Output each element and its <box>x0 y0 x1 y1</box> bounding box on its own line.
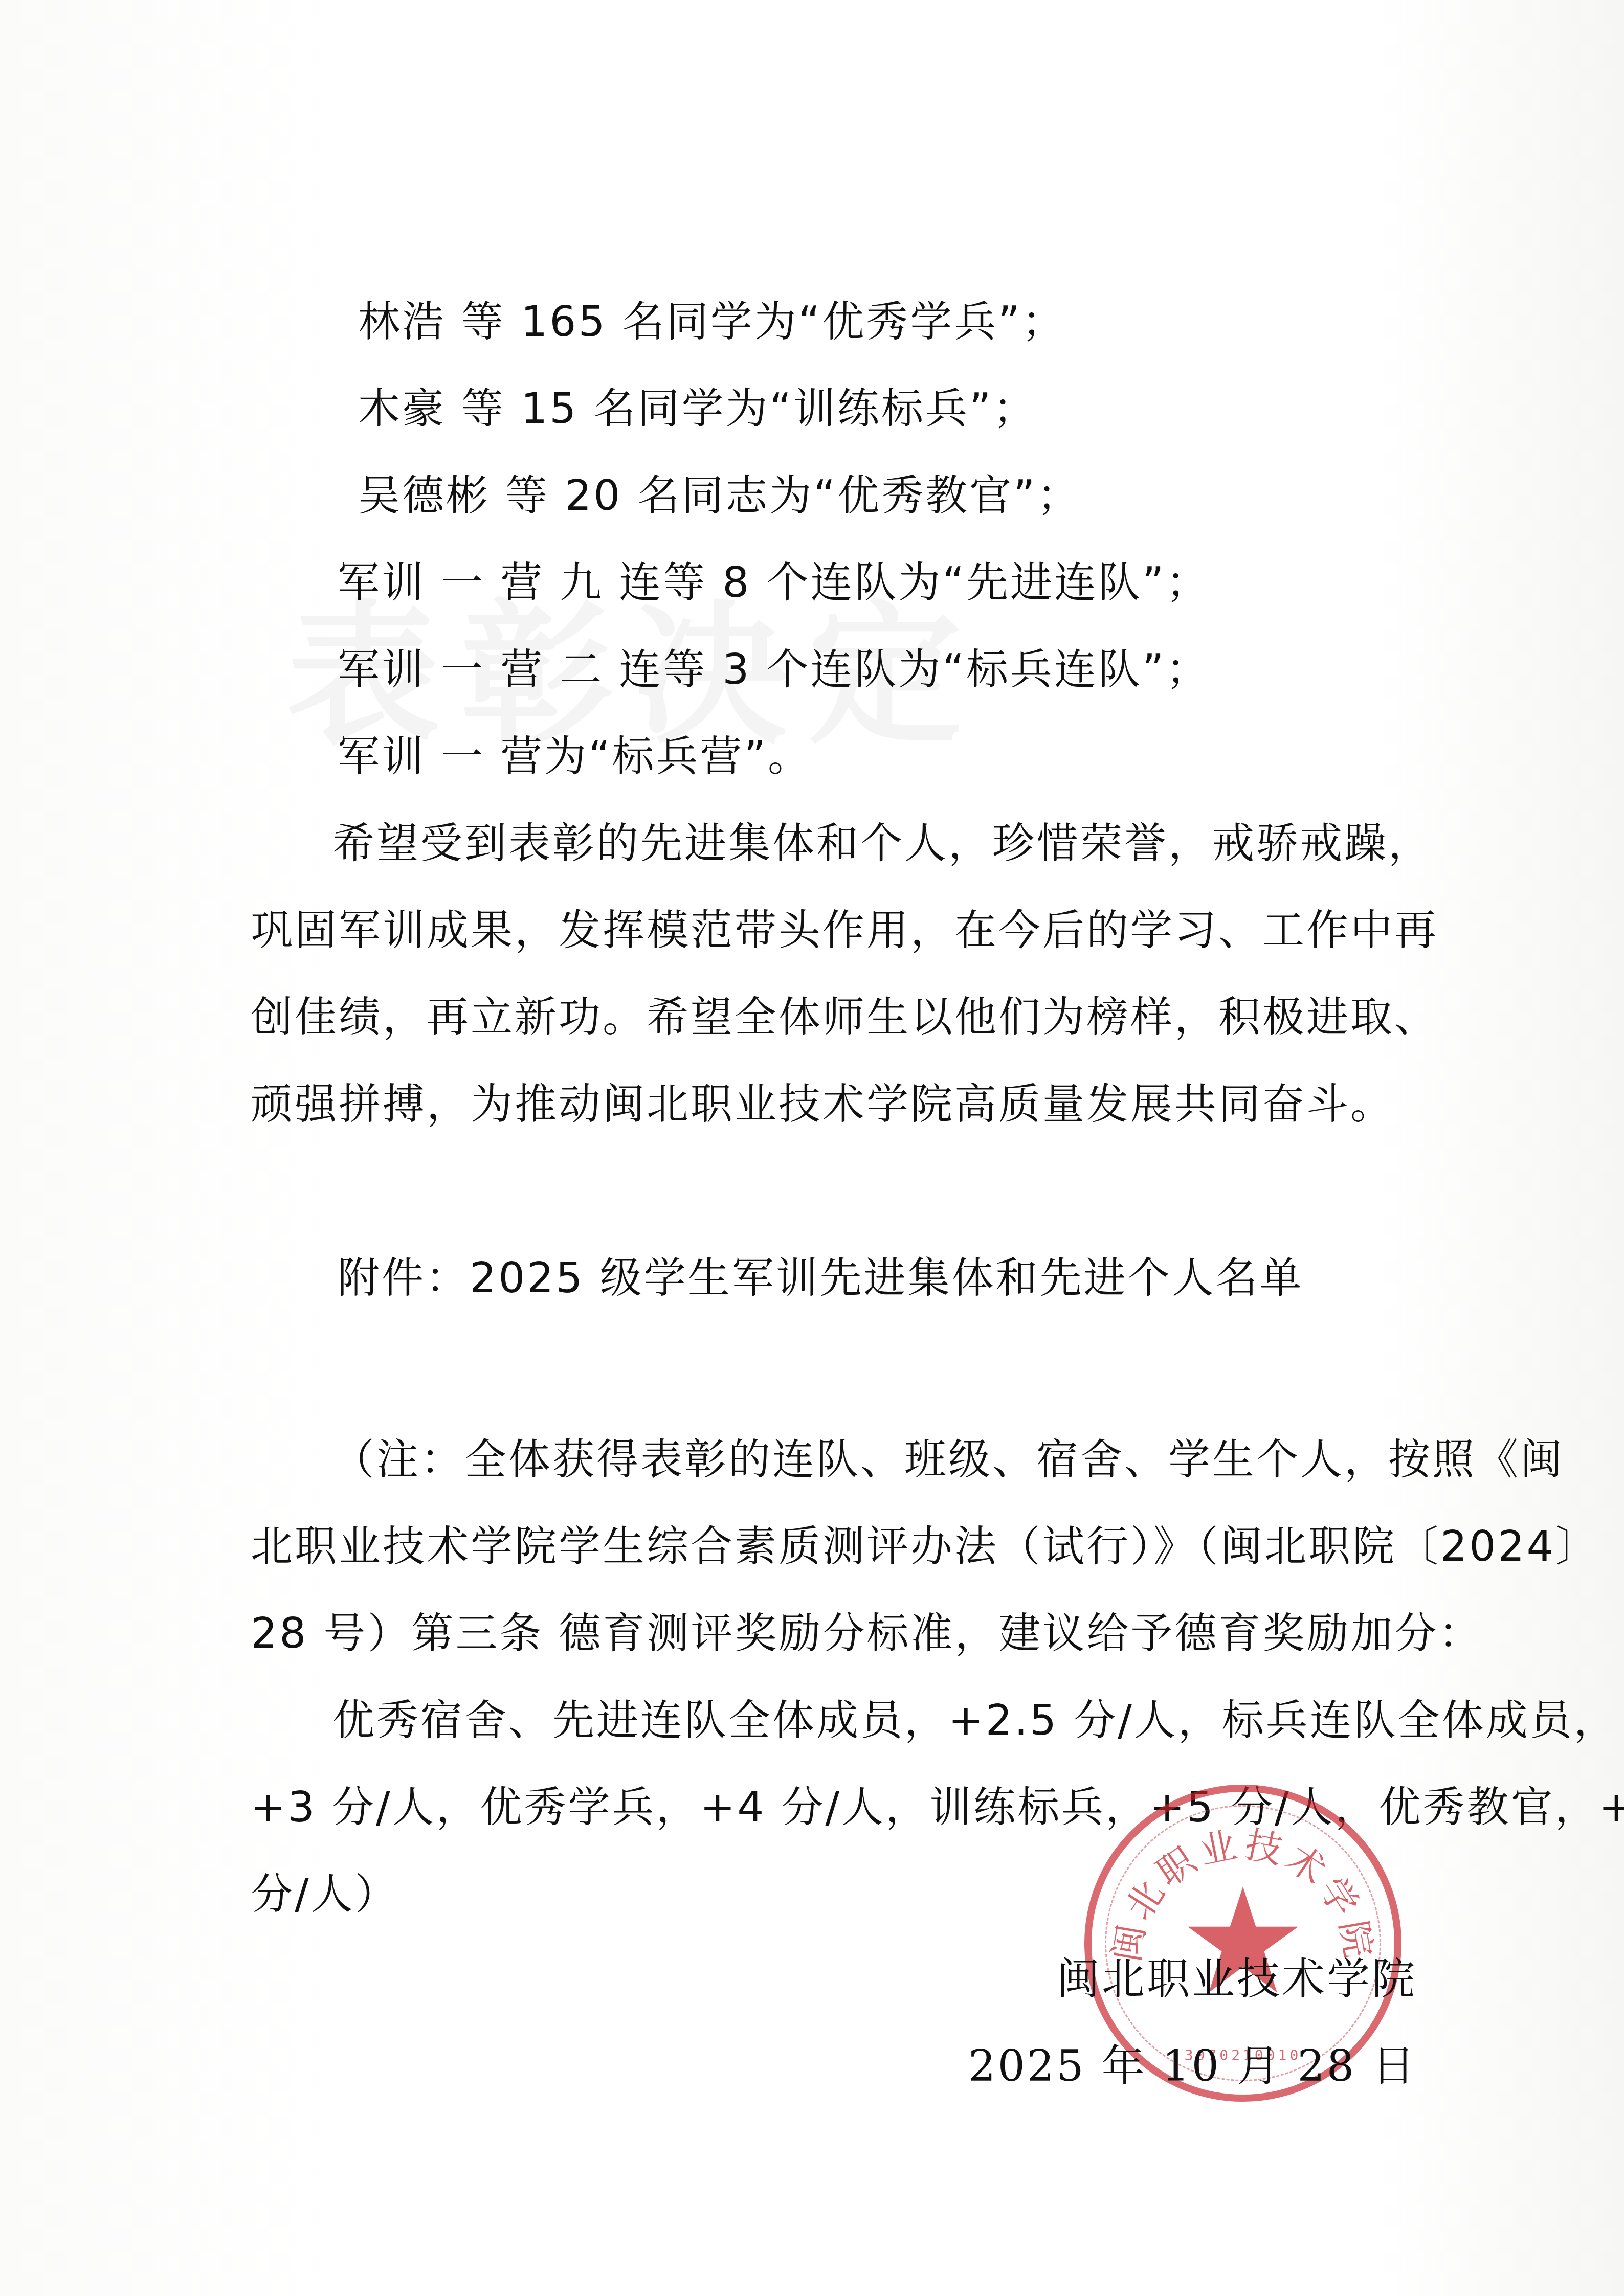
note-line-3: 28 号）第三条 德育测评奖励分标准，建议给予德育奖励加分： <box>251 1606 1422 1662</box>
award-model-company: 军训 一 营 二 连等 3 个连队为“标兵连队”； <box>338 642 1210 698</box>
award-outstanding-trainee: 林浩 等 165 名同学为“优秀学兵”； <box>358 294 1066 350</box>
closing-paragraph-line-2: 巩固军训成果，发挥模范带头作用，在今后的学习、工作中再 <box>251 903 1422 959</box>
attachment-title: 附件：2025 级学生军训先进集体和先进个人名单 <box>338 1250 1304 1307</box>
issuing-organization: 闽北职业技术学院 <box>1057 1951 1417 2007</box>
document-page: 表彰决定 林浩 等 165 名同学为“优秀学兵”； 木豪 等 15 名同学为“训… <box>0 0 1624 2296</box>
note-line-2: 北职业技术学院学生综合素质测评办法（试行）》（闽北职院〔2024〕 <box>251 1519 1422 1575</box>
award-model-battalion: 军训 一 营为“标兵营”。 <box>338 729 812 785</box>
award-training-model: 木豪 等 15 名同学为“训练标兵”； <box>358 381 1037 437</box>
bonus-line-1: 优秀宿舍、先进连队全体成员，+2.5 分/人，标兵连队全体成员， <box>332 1693 1618 1749</box>
issue-date: 2025 年 10 月 28 日 <box>968 2038 1417 2094</box>
closing-paragraph-line-4: 顽强拼搏，为推动闽北职业技术学院高质量发展共同奋斗。 <box>251 1076 1422 1133</box>
note-line-1: （注：全体获得表彰的连队、班级、宿舍、学生个人，按照《闽 <box>332 1432 1564 1488</box>
closing-paragraph-line-1: 希望受到表彰的先进集体和个人，珍惜荣誉，戒骄戒躁， <box>332 816 1432 872</box>
award-outstanding-instructor: 吴德彬 等 20 名同志为“优秀教官”； <box>358 468 1081 524</box>
award-advanced-company: 军训 一 营 九 连等 8 个连队为“先进连队”； <box>338 555 1210 611</box>
closing-paragraph-line-3: 创佳绩，再立新功。希望全体师生以他们为榜样，积极进取、 <box>251 989 1422 1046</box>
